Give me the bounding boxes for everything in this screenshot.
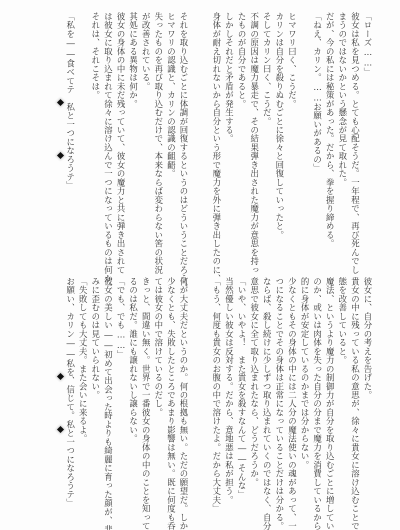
text-column: お願い、カリン――私を、信じて。私と一つになろうテ」: [64, 277, 77, 523]
text-column: ヒマワリ曰く、こうだ。: [286, 12, 299, 260]
scene-break-diamond-icon: [56, 425, 65, 434]
text-column: みに歪むのは見ていられない。: [89, 277, 102, 523]
text-column: つになることでその身体は正常になっていることだけは分かる。: [273, 277, 286, 523]
text-column: [298, 12, 311, 260]
text-column: だが、今の私には秘策があった。だから、拳を握り締める。: [324, 12, 337, 260]
text-column: 魔法、というより魔力の制御力が自分を取り込むごとに増している: [324, 277, 337, 523]
text-column: るのは私だ。誰にも譲れないし譲らない。: [127, 277, 140, 523]
text-column: 不調の原因は魔力暴走で、その結果弾き出された魔力が意思を持っ: [248, 12, 261, 260]
text-column: 貴女の中に残っている私の意思が、徐々に貴女に溶け込むことで事: [349, 277, 362, 523]
scene-break-diamond-icon: [56, 151, 65, 160]
text-column: たものが自分であると。: [235, 12, 248, 260]
text-column: 「いや、いやよ！ また貴女を殺すなんて――そんな」: [235, 277, 248, 523]
text-column: のか、或いは肉体を失った自分の分まで魔力を消費しているから結果: [311, 277, 324, 523]
text-column: 其処にある異物は何か。: [127, 12, 140, 260]
text-column: まうのではないかという懸念が見て取れた。: [336, 12, 349, 260]
text-column: 何が大丈夫だというのか。何の根拠も無い。ただの願望だ。しかし: [177, 277, 190, 523]
text-column: 彼女は私を見つめる。とても心配そうだ。一年程で、再び死んでし: [349, 12, 362, 260]
text-column: 「私を――食べてテ 私と一つになろうテ」: [64, 12, 77, 260]
text-column: 的に身体が安定しているのかまでは分からない。: [298, 277, 311, 523]
text-column: ては彼女の中で溶けているのだし。: [152, 277, 165, 523]
text-column: 「ローズ……」: [361, 12, 374, 260]
text-column: が改善されている。: [140, 12, 153, 260]
text-column: 失ったものを再び取り込むだけで、本来ならば変わらない筈の状況: [152, 12, 165, 260]
text-column: 彼女の身体の中に未だ残っていて、彼女の魔力と共に弾き出されて: [114, 12, 127, 260]
text-column: 当然優しい彼女は反対する。だから、意地悪は私が担う。: [223, 277, 236, 523]
scene-break-diamond-icon: [56, 372, 65, 381]
text-column: 意思で彼女に全て取り込まれたなら、どうだろうか。: [248, 277, 261, 523]
text-column: [77, 12, 90, 260]
text-column: そしてカリン曰く、こうだ。: [261, 12, 274, 260]
scene-break-diamond-icon: [56, 98, 65, 107]
text-column: は彼女に取り込まれて徐々に溶け込んで一つになっているものは何か。: [102, 12, 115, 260]
text-block-top-right: 「ローズ……」 彼女は私を見つめる。とても心配そうだ。一年程で、再び死んでし ま…: [210, 12, 374, 260]
text-column: 身体が耐え切れないから自分という形で魔力を外に弾き出したのに、: [210, 12, 223, 260]
text-block-bottom-left: 何が大丈夫だというのか。何の根拠も無い。ただの願望だ。しかし 少なくとも、失敗し…: [64, 277, 190, 523]
text-column: 彼女の美しい――初めて出会った時よりも綺麗に育った顔が、悲し: [102, 277, 115, 523]
text-column: 「でも、でも……」: [114, 277, 127, 523]
text-column: 彼女に、自分の考えを告げた。: [361, 277, 374, 523]
text-column: ヒマワリの認識と、カリンの認識の齟齬。: [165, 12, 178, 260]
text-column: ならば、殺し続けに少しずつ取り込まれていくのではなく、自分の: [261, 277, 274, 523]
text-column: それを取り込むごとに体調が回復するというのはどういうことだろう。: [177, 12, 190, 260]
text-column: 態を改善していると。: [336, 277, 349, 523]
text-column: 「もう、何度も貴女のお腹の中で溶けたよ。だから大丈夫」: [210, 277, 223, 523]
text-column: それは、それこそは。: [89, 12, 102, 260]
text-block-top-left: それを取り込むごとに体調が回復するというのはどういうことだろう。 ヒマワリの認識…: [64, 12, 190, 260]
text-column: しかしそれだと矛盾が発生する。: [223, 12, 236, 260]
text-column: 少なくともその身体の中には二人分の魔法使いの魂があって、一: [286, 277, 299, 523]
text-column: 「ねえ、カリン。……お願いがあるの」: [311, 12, 324, 260]
text-block-bottom-right: 彼女に、自分の考えを告げた。 貴女の中に残っている私の意思が、徐々に貴女に溶け込…: [210, 277, 374, 523]
text-column: カリンは自分を殺りぬむごとに徐々と回復していったと。: [273, 12, 286, 260]
text-column: きっと、間違い無く。世界で一番彼女の身体の中のことを知ってい: [140, 277, 153, 523]
text-column: 「失敗しても大丈夫。また会いに来るよ。: [77, 277, 90, 523]
document-page: 「ローズ……」 彼女は私を見つめる。とても心配そうだ。一年程で、再び死んでし ま…: [0, 0, 400, 530]
text-column: 少なくとも、失敗したところであまり影響は無い。既に何度も呑まれ: [165, 277, 178, 523]
